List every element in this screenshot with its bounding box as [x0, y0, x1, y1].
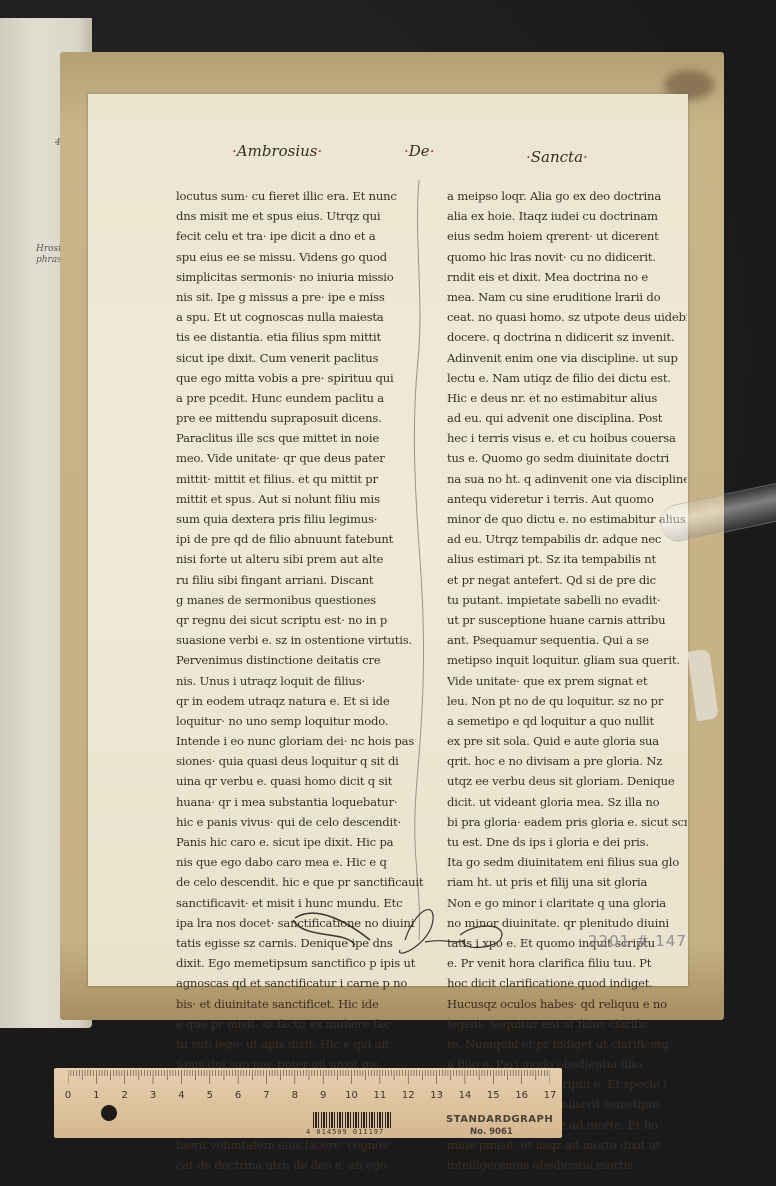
manuscript-line: hoc dicit clarificatione quod indiget.: [447, 973, 687, 993]
manuscript-line: utqz ee verbu deus sit gloriam. Denique: [447, 771, 687, 791]
manuscript-line: nisi forte ut alteru sibi prem aut alte: [176, 549, 424, 569]
manuscript-line: spu eius ee se missu. Videns go quod: [176, 247, 424, 267]
manuscript-line: a pre pcedit. Hunc eundem paclitu a: [176, 388, 424, 408]
manuscript-line: ad eu. Utrqz tempabilis dr. adque nec: [447, 529, 687, 549]
manuscript-line: tus e. Quomo go sedm diuinitate doctri: [447, 448, 687, 468]
manuscript-line: Ita go sedm diuinitatem eni filius sua g…: [447, 852, 687, 872]
manuscript-line: uina qr verbu e. quasi homo dicit q sit: [176, 771, 424, 791]
ruler-number: 8: [292, 1090, 298, 1101]
manuscript-line: a spu. Et ut cognoscas nulla maiesta: [176, 307, 424, 327]
manuscript-line: ad eu. qui advenit one disciplina. Post: [447, 408, 687, 428]
ruler-number: 11: [374, 1090, 387, 1101]
manuscript-line: alius estimari pt. Sz ita tempabilis nt: [447, 549, 687, 569]
text-column-left: locutus sum· cu fieret illic era. Et nun…: [176, 186, 424, 1175]
manuscript-line: bis· et diuinitate sanctificet. Hic ide: [176, 994, 424, 1014]
text-column-right: a meipso loqr. Alia go ex deo doctrinaal…: [447, 186, 687, 1175]
manuscript-line: quomo hic lras novit· cu no didicerit.: [447, 247, 687, 267]
manuscript-line: et pr negat antefert. Qd si de pre dic: [447, 570, 687, 590]
manuscript-line: Pervenimus distinctione deitatis cre: [176, 650, 424, 670]
manuscript-line: tu putant. impietate sabelli no evadit·: [447, 590, 687, 610]
manuscript-line: ut pr susceptione huane carnis attribu: [447, 610, 687, 630]
manuscript-line: que ego mitta vobis a pre· spirituu qui: [176, 368, 424, 388]
manuscript-line: sum quia dextera pris filiu legimus·: [176, 509, 424, 529]
manuscript-line: mittit et spus. Aut si nolunt filiu mis: [176, 489, 424, 509]
manuscript-line: pre ee mittendu supraposuit dicens.: [176, 408, 424, 428]
manuscript-line: sicut ipe dixit. Cum venerit paclitus: [176, 348, 424, 368]
manuscript-line: locutus sum· cu fieret illic era. Et nun…: [176, 186, 424, 206]
ruler-number: 7: [263, 1090, 269, 1101]
barcode-number: 4 014509 011197: [306, 1128, 384, 1136]
manuscript-line: riam ht. ut pris et filij una sit gloria: [447, 872, 687, 892]
manuscript-line: huana· qr i mea substantia loquebatur·: [176, 792, 424, 812]
manuscript-line: Adinvenit enim one via discipline. ut su…: [447, 348, 687, 368]
ruler-number: 2: [122, 1090, 128, 1101]
manuscript-line: de celo descendit. hic e que pr sanctifi…: [176, 872, 424, 892]
manuscript-line: intelligeremus obedientia mortis.: [447, 1155, 687, 1175]
manuscript-line: agnoscas qd et sanctificatur i carne p n…: [176, 973, 424, 993]
ruler-number: 4: [178, 1090, 184, 1101]
manuscript-line: siones· quia quasi deus loquitur q sit d…: [176, 751, 424, 771]
ruler-number: 13: [430, 1090, 443, 1101]
manuscript-line: suasione verbi e. sz in ostentione virtu…: [176, 630, 424, 650]
manuscript-line: dns misit me et spus eius. Utrqz qui: [176, 206, 424, 226]
manuscript-line: tis ee distantia. etia filius spm mittit: [176, 327, 424, 347]
manuscript-line: meo. Vide unitate· qr que deus pater: [176, 448, 424, 468]
manuscript-line: qr in eodem utraqz natura e. Et si ide: [176, 691, 424, 711]
ruler-number: 14: [459, 1090, 472, 1101]
manuscript-line: Paraclitus ille scs que mittet in noie: [176, 428, 424, 448]
manuscript-line: hec i terris visus e. et cu hoibus couer…: [447, 428, 687, 448]
manuscript-line: mittit· mittit et filius. et qu mittit p…: [176, 469, 424, 489]
manuscript-line: minor de quo dictu e. no estimabitur ali…: [447, 509, 687, 529]
ruler-number: 1: [93, 1090, 99, 1101]
ruler-number: 15: [487, 1090, 500, 1101]
manuscript-line: a meipso loqr. Alia go ex deo doctrina: [447, 186, 687, 206]
manuscript-line: na sua no ht. q adinvenit one via discip…: [447, 469, 687, 489]
manuscript-line: hic e panis vivus· qui de celo descendit…: [176, 812, 424, 832]
manuscript-line: eius sedm hoiem qrerent· ut dicerent: [447, 226, 687, 246]
manuscript-line: nis que ego dabo caro mea e. Hic e q: [176, 852, 424, 872]
ruler-number: 17: [544, 1090, 557, 1101]
manuscript-line: g manes de sermonibus questiones: [176, 590, 424, 610]
manuscript-line: docere. q doctrina n didicerit sz inveni…: [447, 327, 687, 347]
manuscript-line: ex pre sit sola. Quid e aute gloria sua: [447, 731, 687, 751]
manuscript-line: ceat. no quasi homo. sz utpote deus uide…: [447, 307, 687, 327]
ruler-number: 10: [345, 1090, 358, 1101]
ruler-brand: STANDARDGRAPH: [446, 1114, 553, 1125]
manuscript-line: fecit celu et tra· ipe dicit a dno et a: [176, 226, 424, 246]
manuscript-line: tu est. Dne ds ips i gloria e dei pris.: [447, 832, 687, 852]
manuscript-line: Intende i eo nunc gloriam dei· nc hois p…: [176, 731, 424, 751]
manuscript-line: loquitur· no uno semp loquitur modo.: [176, 711, 424, 731]
signature-flourish: [285, 900, 515, 970]
ruler-number: 0: [65, 1090, 71, 1101]
manuscript-line: legisti. Sequitur eni ut filius clarific: [447, 1014, 687, 1034]
ruler-model: No. 9061: [470, 1127, 513, 1137]
ruler-number: 6: [235, 1090, 241, 1101]
manuscript-line: ru filiu sibi fingant arriani. Discant: [176, 570, 424, 590]
manuscript-line: antequ videretur i terris. Aut quomo: [447, 489, 687, 509]
ruler-number: 5: [207, 1090, 213, 1101]
manuscript-line: rndit eis et dixit. Mea doctrina no e: [447, 267, 687, 287]
manuscript-line: leu. Non pt no de qu loquitur. sz no pr: [447, 691, 687, 711]
ruler-number: 3: [150, 1090, 156, 1101]
manuscript-line: cat de doctrina utru de deo e. an ego.: [176, 1155, 424, 1175]
manuscript-line: nis sit. Ipe g missus a pre· ipe e miss: [176, 287, 424, 307]
shelfmark-number: 2201 # 147: [588, 932, 687, 950]
manuscript-line: ipi de pre qd de filio abnuunt fatebunt: [176, 529, 424, 549]
manuscript-line: Vide unitate· que ex prem signat et: [447, 671, 687, 691]
running-head-right: ·Sancta·: [526, 148, 588, 166]
manuscript-line: nis. Unus i utraqz loquit de filius·: [176, 671, 424, 691]
ruler-ticks: [68, 1070, 550, 1088]
manuscript-line: lectu e. Nam utiqz de filio dei dictu es…: [447, 368, 687, 388]
running-head-center: ·De·: [404, 142, 434, 160]
manuscript-line: tu sub lege· ut apls dixit. Hic e qui ai…: [176, 1034, 424, 1054]
running-head-left: ·Ambrosius·: [232, 142, 322, 160]
ruler-number: 16: [515, 1090, 528, 1101]
manuscript-line: a semetipo e qd loquitur a quo nullit: [447, 711, 687, 731]
manuscript-line: dicit. ut videant gloria mea. Sz illa no: [447, 792, 687, 812]
manuscript-line: bi pra gloria· eadem pris gloria e. sicu…: [447, 812, 687, 832]
manuscript-line: te. Numquid et pr indiget ut clarificetg: [447, 1034, 687, 1054]
manuscript-line: e que pr misit. sz factu ex muliere fac: [176, 1014, 424, 1034]
manuscript-line: Panis hic caro e. sicut ipe dixit. Hic p…: [176, 832, 424, 852]
manuscript-line: mea. Nam cu sine eruditione lrarii do: [447, 287, 687, 307]
manuscript-line: qr regnu dei sicut scriptu est· no in p: [176, 610, 424, 630]
ruler-hole: [101, 1105, 117, 1121]
manuscript-line: Hucusqz oculos habes· qd reliquu e no: [447, 994, 687, 1014]
barcode: [313, 1112, 391, 1128]
manuscript-line: metipso inquit loquitur. gliam sua queri…: [447, 650, 687, 670]
scale-ruler: 01234567891011121314151617 4 014509 0111…: [54, 1068, 562, 1138]
ruler-number: 12: [402, 1090, 415, 1101]
manuscript-line: Hic e deus nr. et no estimabitur alius: [447, 388, 687, 408]
manuscript-line: simplicitas sermonis· no iniuria missio: [176, 267, 424, 287]
manuscript-line: ant. Psequamur sequentia. Qui a se: [447, 630, 687, 650]
manuscript-line: qrit. hoc e no divisam a pre gloria. Nz: [447, 751, 687, 771]
manuscript-line: alia ex hoie. Itaqz iudei cu doctrinam: [447, 206, 687, 226]
ruler-number: 9: [320, 1090, 326, 1101]
